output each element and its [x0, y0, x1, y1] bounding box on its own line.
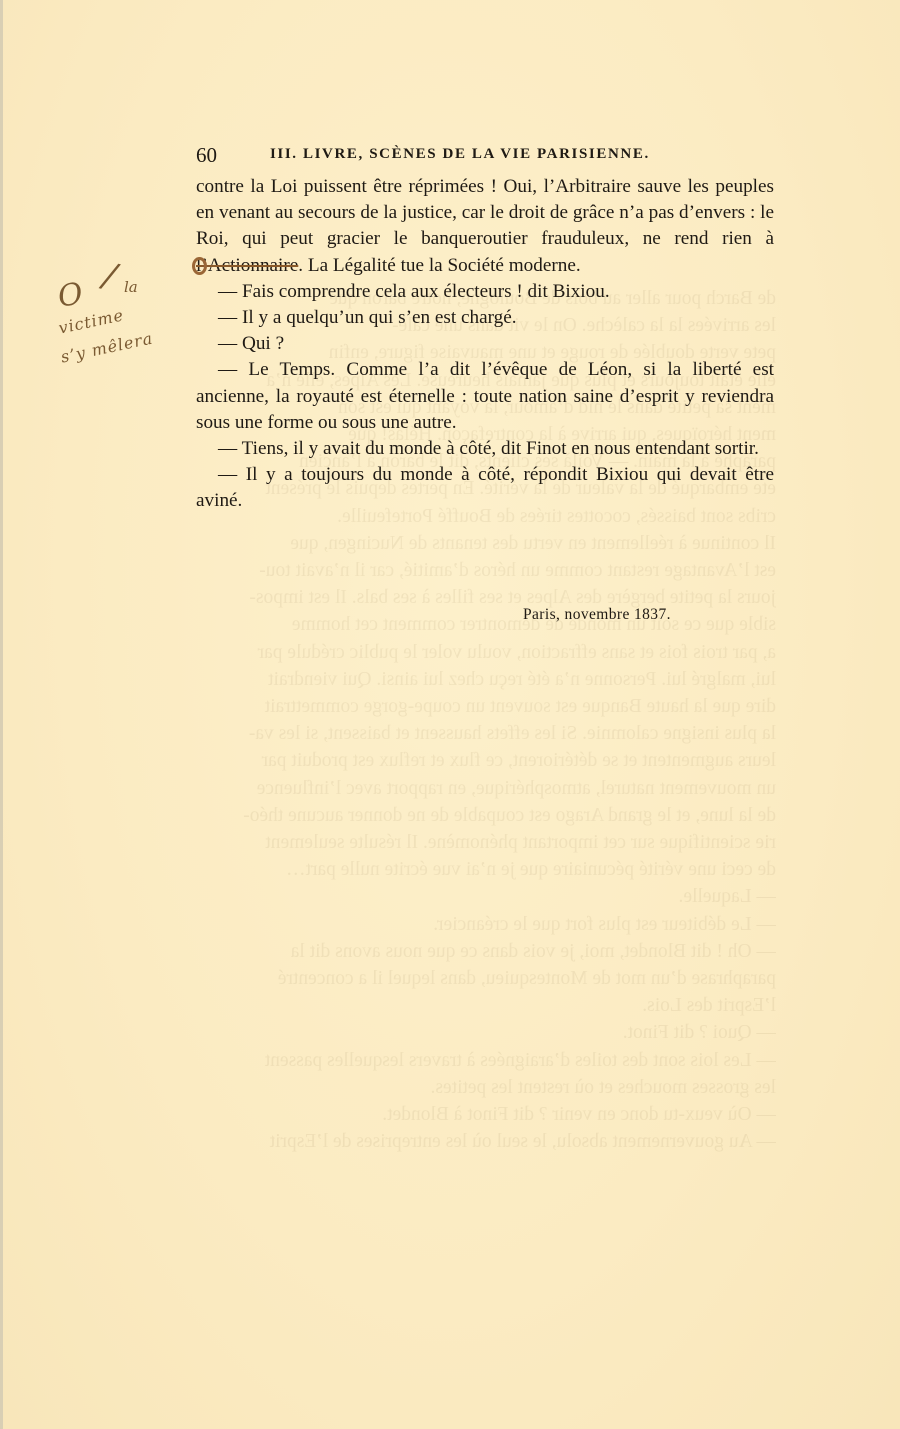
bleed-line: un mouvement naturel, atmosphérique, en … — [196, 775, 776, 802]
bleed-line: de ceci une vérité pécuniaire que je n’a… — [196, 856, 776, 883]
bleed-line: rie scientifique sur cet important phéno… — [196, 829, 776, 856]
body-text: contre la Loi puissent être réprimées ! … — [196, 174, 774, 515]
paragraph-1-text-end: . La Légalité tue la Société moderne. — [298, 255, 580, 276]
dialogue-line-3: — Qui ? — [196, 331, 774, 357]
dialogue-line-6: — Il y a toujours du monde à côté, répon… — [196, 462, 774, 514]
page-number: 60 — [196, 143, 217, 168]
bleed-line: est l’Avantage restant comme un héros d’… — [196, 557, 776, 584]
bleed-line: paraphrase d’un mot de Montesquieu, dans… — [196, 965, 776, 992]
bleed-line: jours la petite bergère des Alpes et ses… — [196, 584, 776, 611]
place-date-signature: Paris, novembre 1837. — [523, 606, 671, 624]
bleed-line: — Oh ! dit Blondet, moi, je vois dans ce… — [196, 938, 776, 965]
bleed-line: a, par trois fois et sans effraction, vo… — [196, 639, 776, 666]
bleed-line: — Au gouvernement absolu, le seul où les… — [196, 1128, 776, 1155]
bleed-line: — Laquelle. — [196, 883, 776, 910]
annotation-circle-mark: O — [56, 276, 85, 314]
dialogue-line-1: — Fais comprendre cela aux électeurs ! d… — [196, 279, 774, 305]
dialogue-line-2: — Il y a quelqu’un qui s’en est chargé. — [196, 305, 774, 331]
dialogue-line-4: — Le Temps. Comme l’a dit l’évêque de Lé… — [196, 357, 774, 436]
handwritten-margin-annotation: O / la victime s’y mêlera — [56, 256, 196, 376]
struck-word: l’Actionnaire — [196, 255, 298, 276]
bleed-line: sible que ce soit un monde de démontrer … — [196, 611, 776, 638]
annotation-slash-mark: / — [100, 255, 120, 297]
bleed-line: les grosses mouches et où restent les pe… — [196, 1074, 776, 1101]
bleed-line: leurs augmentent et se détériorent, ce f… — [196, 747, 776, 774]
deletion-mark-icon — [192, 257, 207, 275]
page-header: 60 III. LIVRE, SCÈNES DE LA VIE PARISIEN… — [196, 143, 696, 169]
bleed-line: dire que la haute Banque est souvent un … — [196, 693, 776, 720]
page-edge — [0, 0, 3, 1429]
paragraph-1: contre la Loi puissent être réprimées ! … — [196, 174, 774, 279]
bleed-line: Il continue à réellement en vertu des te… — [196, 530, 776, 557]
bleed-line: — Quoi ? dit Finot. — [196, 1019, 776, 1046]
bleed-line: — Où veux-tu donc en venir ? dit Finot à… — [196, 1101, 776, 1128]
bleed-line: lui, malgré lui. Personne n’a été reçu c… — [196, 666, 776, 693]
struck-word-text: l’Actionnaire — [196, 255, 298, 276]
running-head: III. LIVRE, SCÈNES DE LA VIE PARISIENNE. — [270, 146, 650, 163]
bleed-line: — Le débiteur est plus fort que le créan… — [196, 911, 776, 938]
dialogue-line-5: — Tiens, il y avait du monde à côté, dit… — [196, 436, 774, 462]
bleed-line: la plus insigne calomnie. Si les effets … — [196, 720, 776, 747]
bleed-line: de la lune, et le grand Arago est coupab… — [196, 802, 776, 829]
paragraph-1-text: contre la Loi puissent être réprimées ! … — [196, 176, 774, 249]
bleed-line: l’Esprit des Lois. — [196, 992, 776, 1019]
annotation-line-1: la — [124, 278, 138, 296]
bleed-line: — Les lois sont des toiles d’araignées à… — [196, 1047, 776, 1074]
